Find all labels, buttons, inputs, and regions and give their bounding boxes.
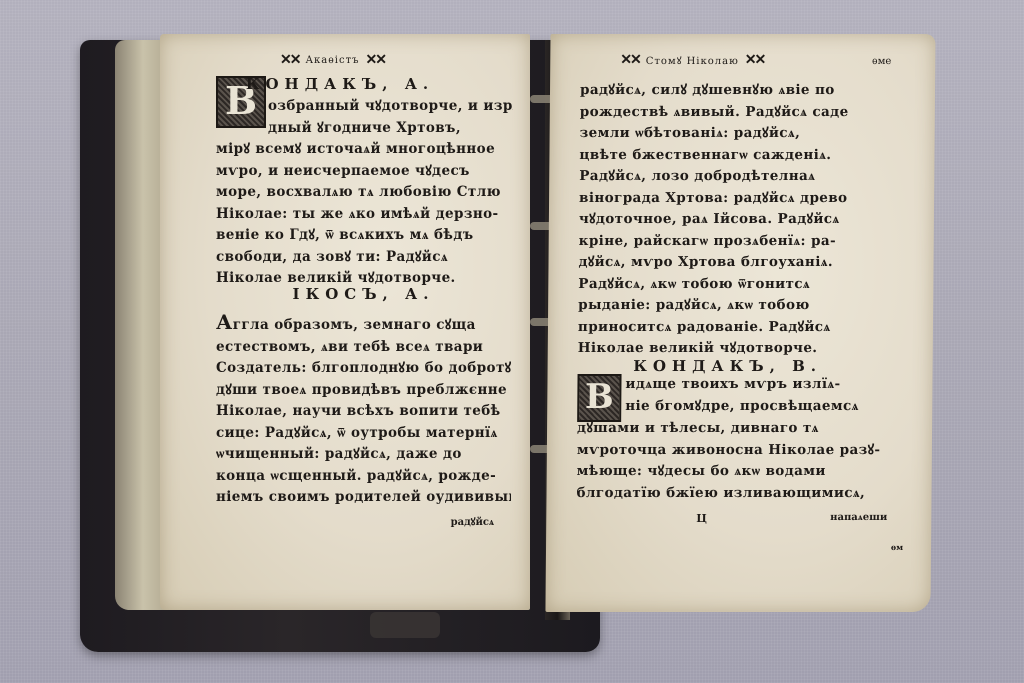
- catchword: напаѧеши: [830, 512, 887, 523]
- running-head-title: Стомꙋ Ніколаю: [646, 53, 739, 67]
- text-line: идѧще твоихъ мѵръ излїѧ-: [625, 374, 895, 396]
- text-line: дꙋйсѧ, мѵро Хртова блгоуханіѧ.: [578, 252, 898, 274]
- text-line: мѵро, и неисчерпаемое чꙋдесъ: [216, 161, 511, 183]
- text-line: вінограда Хртова: радꙋйсѧ древо: [579, 188, 899, 210]
- photo-scene: ✕✕ Акаѳістъ ✕✕ В КОНДАКЪ, А. озбранный ч…: [0, 0, 1024, 683]
- text-line: мѣюще: чꙋдесы бо ѧкѡ водами: [577, 461, 897, 483]
- text-line: чꙋдоточное, раѧ Ійсова. Радꙋйсѧ: [579, 209, 899, 231]
- text-line: озбранный чꙋдотворче, и изрѧ-: [268, 96, 513, 118]
- ornament-icon: ✕✕: [745, 52, 765, 68]
- text-line: земли ѡбѣтованіѧ: радꙋйсѧ,: [580, 123, 900, 145]
- text-line: дꙋшами и тѣлесы, дивнаго тѧ: [577, 418, 897, 440]
- text-line: Ніколае, научи всѣхъ вопити тебѣ: [216, 401, 511, 423]
- kontakion-text: озбранный чꙋдотворче, и изрѧ- дный ꙋгодн…: [268, 96, 513, 139]
- running-head-title: Акаѳістъ: [305, 55, 359, 66]
- text-line: цвѣте бжественнагѡ сажденіѧ.: [579, 145, 899, 167]
- text-line: блгодатїю бжїею изливающимисѧ,: [576, 483, 896, 505]
- text-line: ѡчищенный: радꙋйсѧ, даже до: [216, 444, 511, 466]
- kontakion-text-cont: дꙋшами и тѣлесы, дивнаго тѧ мѵроточца жи…: [576, 418, 897, 504]
- ornament-icon: ✕✕: [365, 52, 384, 68]
- text-line: приноситсѧ радованіе. Радꙋйсѧ: [578, 317, 898, 339]
- text-line: Создатель: блгоплоднꙋю бо добротꙋ: [216, 358, 511, 380]
- ikos-text: Аггла образомъ, земнаго сꙋща естествомъ,…: [216, 312, 511, 509]
- ikos-initial: А: [216, 312, 233, 334]
- corner-mark: ѳм: [891, 542, 903, 552]
- catchword: радꙋйсѧ: [451, 514, 494, 528]
- text-line: свободи, да зовꙋ ти: Радꙋйсѧ: [216, 247, 511, 269]
- text-line: Ніколае: ты же ѧко имѣѧй дерзно-: [216, 204, 511, 226]
- running-head: ✕✕ Акаѳістъ ✕✕: [280, 52, 385, 68]
- text-line: Аггла образомъ, земнаго сꙋща: [216, 312, 511, 337]
- ornament-icon: ✕✕: [620, 52, 640, 68]
- running-head: ✕✕ Стомꙋ Ніколаю ✕✕: [620, 52, 764, 68]
- text-line: Радꙋйсѧ, ѧкѡ тобою ѿгонитсѧ: [578, 274, 898, 296]
- text-line: веніе ко Гдꙋ, ѿ всѧкихъ мѧ бѣдъ: [216, 225, 511, 247]
- text-line: мѵроточца живоносна Ніколае разꙋ-: [577, 440, 897, 462]
- text-line: конца ѡсщенный. радꙋйсѧ, рожде-: [216, 466, 511, 488]
- cover-worn-patch: [370, 612, 440, 638]
- text-line: рождествѣ ѧвивый. Радꙋйсѧ саде: [580, 102, 900, 124]
- text-line: ніе бгомꙋдре, просвѣщаемсѧ: [625, 396, 895, 418]
- text-line: мірꙋ всемꙋ источаѧй многоцѣнное: [216, 139, 511, 161]
- text-line: сице: Радꙋйсѧ, ѿ оутробы матернїѧ: [216, 423, 511, 445]
- drop-cap-initial: В: [577, 374, 621, 422]
- page-number: ѳме: [872, 56, 891, 67]
- ikos-heading: ІКОСЪ, А.: [216, 284, 511, 306]
- text-line: дꙋши твоеѧ провидѣвъ преблжєнне: [216, 380, 511, 402]
- right-page: ✕✕ Стомꙋ Ніколаю ✕✕ ѳме радꙋйсѧ, силꙋ дꙋ…: [545, 34, 935, 612]
- text-line: кріне, райскагѡ прозѧбенїѧ: ра-: [579, 231, 899, 253]
- text-line: Радꙋйсѧ, лозо добродѣтелнаѧ: [579, 166, 899, 188]
- text-line: море, восхвалѧю тѧ любовію Стлю: [216, 182, 511, 204]
- text-line: дный ꙋгодниче Хртовъ,: [268, 118, 513, 140]
- left-page: ✕✕ Акаѳістъ ✕✕ В КОНДАКЪ, А. озбранный ч…: [160, 34, 530, 610]
- text-line: естествомъ, ѧви тебѣ всеѧ твари: [216, 337, 511, 359]
- ikos-continued-text: радꙋйсѧ, силꙋ дꙋшевнꙋю ѧвіе по рождествѣ…: [578, 80, 900, 360]
- kontakion-heading: КОНДАКЪ, А.: [220, 74, 460, 96]
- kontakion-text-cont: мірꙋ всемꙋ источаѧй многоцѣнное мѵро, и …: [216, 139, 511, 290]
- signature-mark: Ц: [696, 512, 707, 525]
- text-line: рыданіе: радꙋйсѧ, ѧкѡ тобою: [578, 295, 898, 317]
- kontakion-text: идѧще твоихъ мѵръ излїѧ- ніе бгомꙋдре, п…: [625, 374, 895, 417]
- text-line: ніемъ своимъ родителей оудививый:: [216, 487, 511, 509]
- ornament-icon: ✕✕: [280, 52, 299, 68]
- text-line: радꙋйсѧ, силꙋ дꙋшевнꙋю ѧвіе по: [580, 80, 900, 102]
